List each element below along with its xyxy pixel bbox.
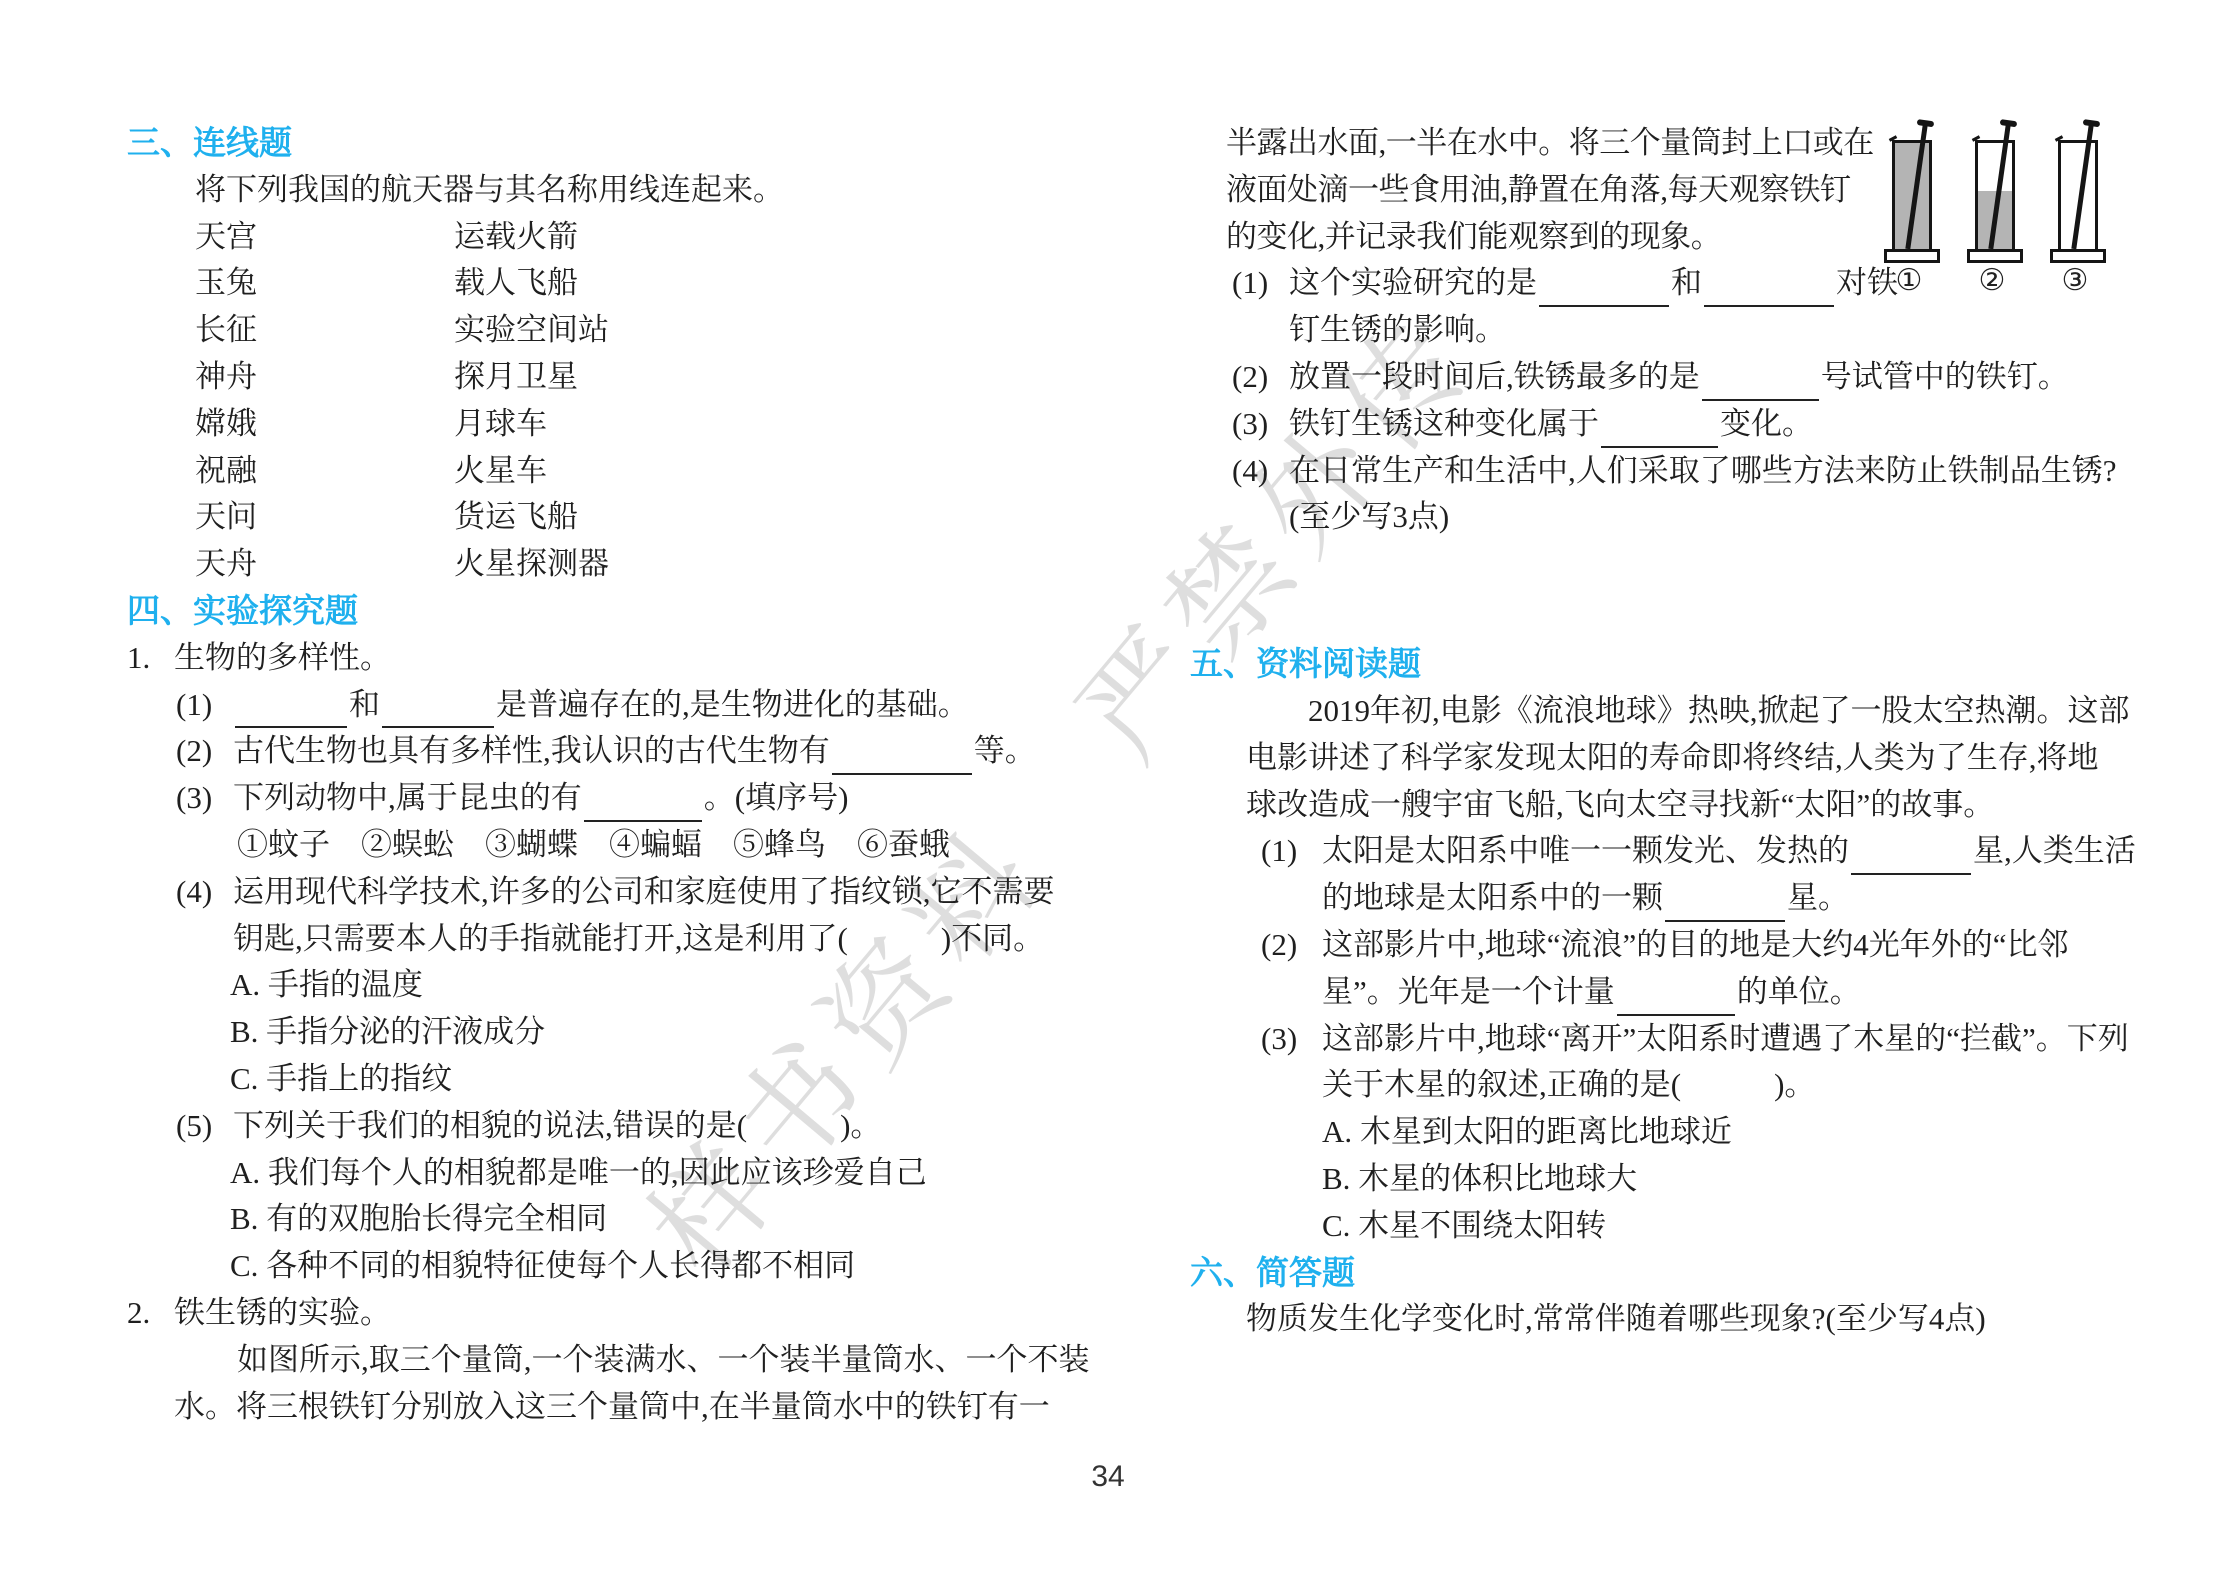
spacecraft-type-name: 运载火箭 <box>454 214 578 261</box>
item-number: (3) <box>1232 401 1268 448</box>
matching-row: 天舟火星探测器 <box>127 541 1072 588</box>
section-heading: 五、资料阅读题 <box>1190 641 2135 688</box>
matching-row: 玉兔载人飞船 <box>127 260 1072 307</box>
fill-in-blank <box>382 686 494 728</box>
text-line: C. 手指上的指纹 <box>127 1056 1072 1103</box>
spacecraft-type-name: 火星车 <box>454 448 547 495</box>
text-line: A. 手指的温度 <box>127 962 1072 1009</box>
spacecraft-name: 祝融 <box>195 453 257 488</box>
item-number: (5) <box>176 1103 212 1150</box>
question-item: (3)铁钉生锈这种变化属于变化。 <box>1190 401 2135 448</box>
question-item: (2)古代生物也具有多样性,我认识的古代生物有等。 <box>127 728 1072 775</box>
item-number: (1) <box>1232 260 1268 307</box>
fill-in-blank <box>584 780 702 822</box>
spacecraft-name: 长征 <box>195 312 257 347</box>
text-line: 物质发生化学变化时,常常伴随着哪些现象?(至少写4点) <box>1190 1296 2135 1343</box>
fill-in-blank <box>1851 833 1971 875</box>
spacecraft-type-name: 月球车 <box>454 401 547 448</box>
spacecraft-name: 嫦娥 <box>195 406 257 441</box>
left-column: 三、连线题将下列我国的航天器与其名称用线连起来。天宫运载火箭玉兔载人飞船长征实验… <box>127 0 1072 1430</box>
item-number: (2) <box>1261 922 1297 969</box>
cylinder-base <box>1967 249 2023 263</box>
cylinder-label: ① <box>1884 264 1934 298</box>
numbered-question: 1.生物的多样性。 <box>127 635 1072 682</box>
text-line: 水。将三根铁钉分别放入这三个量筒中,在半量筒水中的铁钉有一 <box>127 1384 1072 1431</box>
text-line: 球改造成一艘宇宙飞船,飞向太空寻找新“太阳”的故事。 <box>1190 782 2135 829</box>
text-line: 电影讲述了科学家发现太阳的寿命即将终结,人类为了生存,将地 <box>1190 735 2135 782</box>
question-item: (3)下列动物中,属于昆虫的有。(填序号) <box>127 775 1072 822</box>
text-line: 的地球是太阳系中的一颗星。 <box>1190 875 2135 922</box>
item-number: 2. <box>127 1290 150 1337</box>
fill-in-blank <box>1702 359 1819 401</box>
item-number: (1) <box>176 682 212 729</box>
matching-row: 嫦娥月球车 <box>127 401 1072 448</box>
question-item: (4)在日常生产和生活中,人们采取了哪些方法来防止铁制品生锈? <box>1190 448 2135 495</box>
spacecraft-name: 神舟 <box>195 359 257 394</box>
text-line: 星”。光年是一个计量的单位。 <box>1190 969 2135 1016</box>
text-line: A. 我们每个人的相貌都是唯一的,因此应该珍爱自己 <box>127 1150 1072 1197</box>
spacecraft-name: 天宫 <box>195 219 257 254</box>
question-item: (2)放置一段时间后,铁锈最多的是号试管中的铁钉。 <box>1190 354 2135 401</box>
question-item: (1)太阳是太阳系中唯一一颗发光、发热的星,人类生活 <box>1190 828 2135 875</box>
fill-in-blank <box>1704 265 1834 307</box>
text-line: (至少写3点) <box>1190 494 2135 541</box>
fill-in-blank <box>235 686 347 728</box>
text-line: 如图所示,取三个量筒,一个装满水、一个装半量筒水、一个不装 <box>127 1337 1072 1384</box>
matching-row: 天宫运载火箭 <box>127 214 1072 261</box>
item-number: (3) <box>1261 1016 1297 1063</box>
item-number: (1) <box>1261 828 1297 875</box>
text-line: B. 木星的体积比地球大 <box>1190 1156 2135 1203</box>
spacecraft-name: 天舟 <box>195 546 257 581</box>
text-line: 钥匙,只需要本人的手指就能打开,这是利用了( )不同。 <box>127 916 1072 963</box>
question-item: (5)下列关于我们的相貌的说法,错误的是( )。 <box>127 1103 1072 1150</box>
vertical-gap <box>1190 541 2135 641</box>
question-instruction: 将下列我国的航天器与其名称用线连起来。 <box>127 167 1072 214</box>
graduated-cylinder-2-half-water: ② <box>1975 112 2009 302</box>
item-number: (2) <box>176 728 212 775</box>
fill-in-blank <box>1539 265 1669 307</box>
spacecraft-type-name: 火星探测器 <box>454 541 609 588</box>
item-number: (4) <box>176 869 212 916</box>
matching-row: 天问货运飞船 <box>127 494 1072 541</box>
item-number: (2) <box>1232 354 1268 401</box>
spacecraft-type-name: 探月卫星 <box>454 354 578 401</box>
section-heading: 六、简答题 <box>1190 1250 2135 1297</box>
fill-in-blank <box>1601 406 1718 448</box>
worksheet-page: 样书资料 严禁外传 三、连线题将下列我国的航天器与其名称用线连起来。天宫运载火箭… <box>0 0 2220 1571</box>
text-line: 关于木星的叙述,正确的是( )。 <box>1190 1062 2135 1109</box>
item-number: (3) <box>176 775 212 822</box>
fill-in-blank <box>1617 974 1735 1016</box>
numbered-question: 2.铁生锈的实验。 <box>127 1290 1072 1337</box>
page-number: 34 <box>1058 1460 1158 1494</box>
text-line: C. 各种不同的相貌特征使每个人长得都不相同 <box>127 1243 1072 1290</box>
fill-in-blank <box>832 733 972 775</box>
spacecraft-name: 玉兔 <box>195 265 257 300</box>
question-item: (1)和是普遍存在的,是生物进化的基础。 <box>127 682 1072 729</box>
spacecraft-type-name: 货运飞船 <box>454 494 578 541</box>
spacecraft-type-name: 载人飞船 <box>454 260 578 307</box>
spacecraft-type-name: 实验空间站 <box>454 307 609 354</box>
graduated-cylinder-1-full-water: ① <box>1892 112 1926 302</box>
matching-row: 祝融火星车 <box>127 448 1072 495</box>
question-item: (4)运用现代科学技术,许多的公司和家庭使用了指纹锁,它不需要 <box>127 869 1072 916</box>
text-line: 钉生锈的影响。 <box>1190 307 2135 354</box>
text-line: B. 有的双胞胎长得完全相同 <box>127 1196 1072 1243</box>
section-heading: 三、连线题 <box>127 120 1072 167</box>
graduated-cylinder-3-empty: ③ <box>2058 112 2092 302</box>
cylinder-base <box>1884 249 1940 263</box>
question-item: (2)这部影片中,地球“流浪”的目的地是大约4光年外的“比邻 <box>1190 922 2135 969</box>
matching-row: 神舟探月卫星 <box>127 354 1072 401</box>
cylinder-base <box>2050 249 2106 263</box>
fill-in-blank <box>1665 880 1785 922</box>
item-number: 1. <box>127 635 150 682</box>
text-line: C. 木星不围绕太阳转 <box>1190 1203 2135 1250</box>
cylinder-label: ③ <box>2050 264 2100 298</box>
cylinder-figure: ①②③ <box>1872 112 2124 302</box>
spacecraft-name: 天问 <box>195 499 257 534</box>
section-heading: 四、实验探究题 <box>127 588 1072 635</box>
matching-row: 长征实验空间站 <box>127 307 1072 354</box>
text-line: ①蚊子 ②蜈蚣 ③蝴蝶 ④蝙蝠 ⑤蜂鸟 ⑥蚕蛾 <box>127 822 1072 869</box>
cylinder-label: ② <box>1967 264 2017 298</box>
text-line: A. 木星到太阳的距离比地球近 <box>1190 1109 2135 1156</box>
text-line: 2019年初,电影《流浪地球》热映,掀起了一股太空热潮。这部 <box>1190 688 2135 735</box>
item-number: (4) <box>1232 448 1268 495</box>
question-item: (3)这部影片中,地球“离开”太阳系时遭遇了木星的“拦截”。下列 <box>1190 1016 2135 1063</box>
text-line: B. 手指分泌的汗液成分 <box>127 1009 1072 1056</box>
